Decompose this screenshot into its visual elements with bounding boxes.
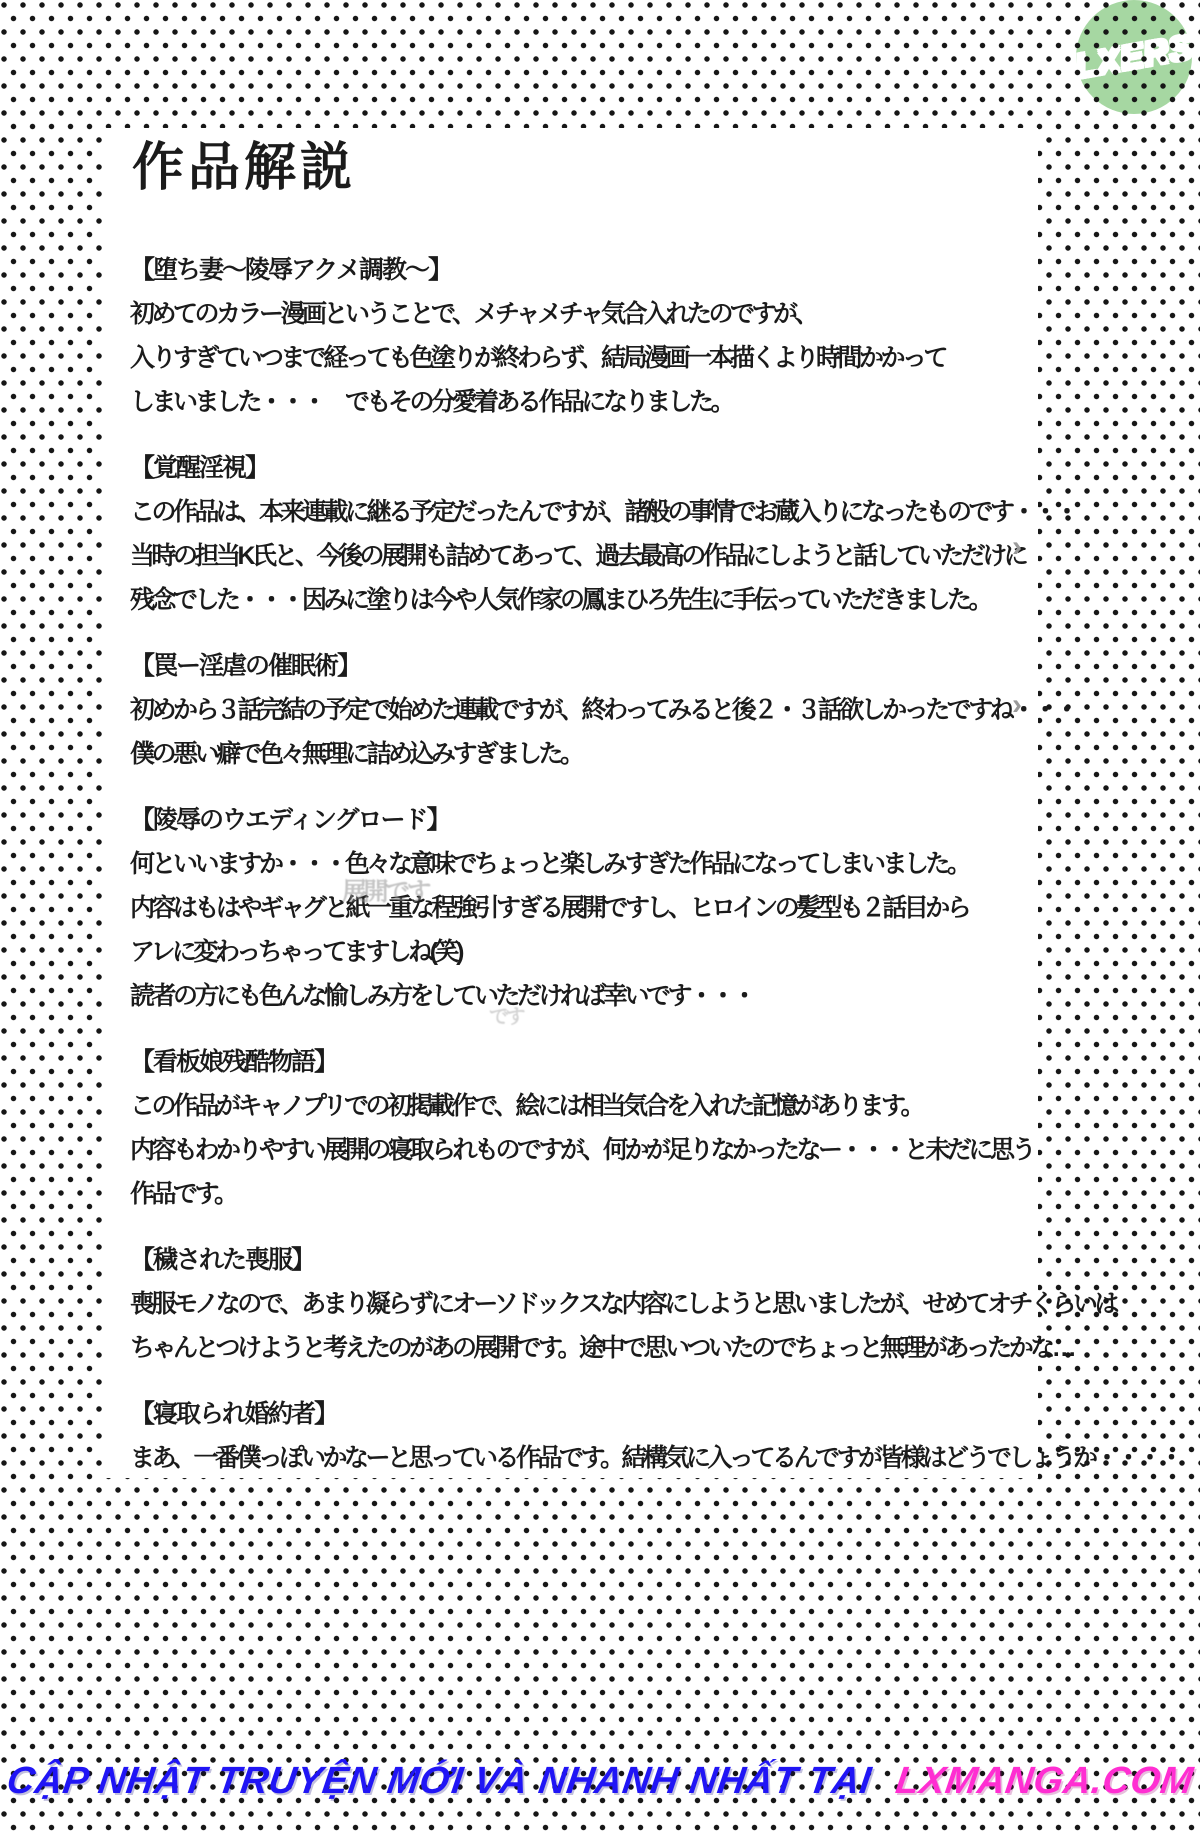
section-line: アレに変わっちゃってますしね(笑) [130, 930, 1038, 974]
section-line: 喪服モノなので、あまり凝らずにオーソドックスな内容にしようと思いましたが、せめて… [130, 1282, 1038, 1326]
section-line: 残念でした・・・因みに塗りは今や人気作家の鳳まひろ先生に手伝っていただきました。 [130, 578, 1038, 622]
section-heading: 【寝取られ婚約者】 [130, 1392, 1038, 1436]
commentary-panel: 作品解説 【堕ち妻～陵辱アクメ調教～】初めてのカラー漫画ということで、メチャメチ… [104, 128, 1038, 1478]
section-line: ちゃんとつけようと考えたのがあの展開です。途中で思いついたのでちょっと無理があっ… [130, 1326, 1038, 1370]
section-line: 当時の担当K氏と、今後の展開も詰めてあって、過去最高の作品にしようと話していただ… [130, 534, 1038, 578]
section-line: 内容はもはやギャグと紙一重な程強引すぎる展開ですし、ヒロインの髪型も２話目から [130, 886, 1038, 930]
section-heading: 【看板娘残酷物語】 [130, 1040, 1038, 1084]
section-line: 読者の方にも色んな愉しみ方をしていただければ幸いです・・・ [130, 974, 1038, 1018]
commentary-sections: 【堕ち妻～陵辱アクメ調教～】初めてのカラー漫画ということで、メチャメチャ気合入れ… [130, 248, 1038, 1480]
site-banner-text: CẬP NHẬT TRUYỆN MỚI VÀ NHANH NHẤT TẠI [4, 1760, 874, 1802]
section-line: 内容もわかりやすい展開の寝取られものですが、何かが足りなかったなー・・・と未だに… [130, 1128, 1038, 1172]
section-heading: 【堕ち妻～陵辱アクメ調教～】 [130, 248, 1038, 292]
section-line: この作品がキャノプリでの初掲載作で、絵には相当気合を入れた記憶があります。 [130, 1084, 1038, 1128]
section-line: 作品です。 [130, 1172, 1038, 1216]
section-line: 僕の悪い癖で色々無理に詰め込みすぎました。 [130, 732, 1038, 776]
site-banner-url: LXMANGA.COM [893, 1760, 1196, 1802]
section-line: まあ、一番僕っぽいかなーと思っている作品です。結構気に入ってるんですが皆様はどう… [130, 1436, 1038, 1480]
section-heading: 【罠ー淫虐の催眠術】 [130, 644, 1038, 688]
scan-ghost-text: 展開です [342, 872, 428, 908]
section-line: 初めてのカラー漫画ということで、メチャメチャ気合入れたのですが、 [130, 292, 1038, 336]
scanned-page: LXERS 作品解説 【堕ち妻～陵辱アクメ調教～】初めてのカラー漫画ということで… [0, 0, 1200, 1831]
site-banner: CẬP NHẬT TRUYỆN MỚI VÀ NHANH NHẤT TẠI LX… [0, 1760, 1200, 1803]
section-line: しまいました・・・ でもその分愛着ある作品になりました。 [130, 380, 1038, 424]
scan-edge-mark: › [1012, 530, 1022, 564]
section-heading: 【覚醒淫視】 [130, 446, 1038, 490]
section-line: 入りすぎていつまで経っても色塗りが終わらず、結局漫画一本描くより時間かかって [130, 336, 1038, 380]
section-line: 何といいますか・・・色々な意味でちょっと楽しみすぎた作品になってしまいました。 [130, 842, 1038, 886]
section-line: この作品は、本来連載に継る予定だったんですが、諸般の事情でお蔵入りになったもので… [130, 490, 1038, 534]
section-heading: 【穢された喪服】 [130, 1238, 1038, 1282]
section-heading: 【陵辱のウエディングロード】 [130, 798, 1038, 842]
section-line: 初めから３話完結の予定で始めた連載ですが、終わってみると後２・３話欲しかったです… [130, 688, 1038, 732]
page-title: 作品解説 [132, 138, 1038, 198]
scan-ghost-text: です [489, 1000, 522, 1029]
scan-edge-mark: › [1012, 688, 1022, 722]
